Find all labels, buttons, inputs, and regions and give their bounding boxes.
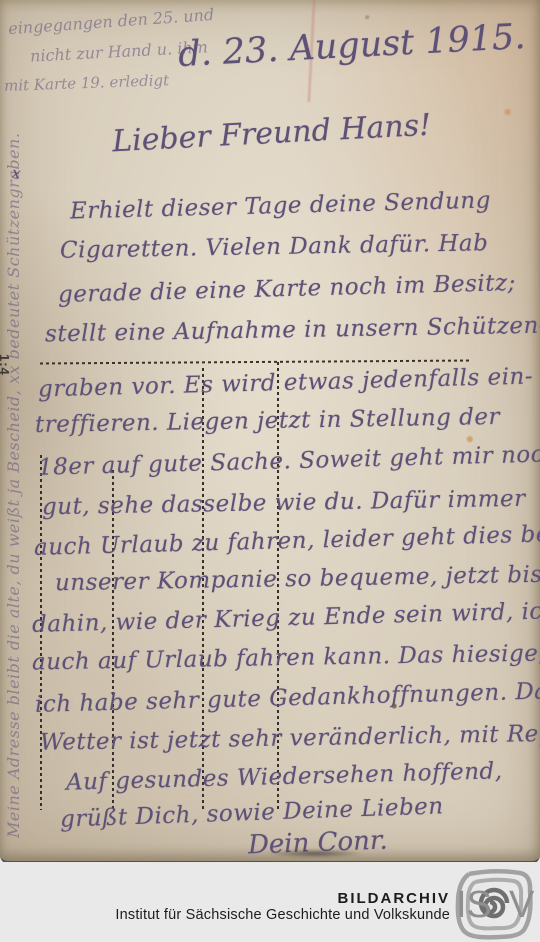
archive-label: BILDARCHIV	[115, 890, 450, 907]
handwriting-line: Wetter ist jetzt sehr veränderlich, mit …	[40, 720, 540, 756]
faded-note-line: mit Karte 19. erledigt	[4, 71, 170, 95]
handwriting-line: auch Urlaub zu fahren, leider geht dies …	[34, 521, 540, 561]
salutation-line: Lieber Freund Hans!	[111, 108, 432, 160]
logo-text-right: V	[509, 884, 535, 926]
handwriting-line: Cigaretten. Vielen Dank dafür. Hab	[60, 230, 489, 263]
handwriting-line: 18er auf gute Sache. Soweit geht mir noc…	[38, 441, 540, 481]
scan-viewer: eingegangen den 25. und nicht zur Hand u…	[0, 0, 540, 942]
isgv-logo-icon: IS V	[454, 868, 536, 940]
handwriting-line: gut, sehe dasselbe wie du. Dafür immer	[42, 486, 526, 520]
sketch-line-horizontal	[40, 359, 472, 364]
handwriting-line: treffieren. Liegen jetzt in Stellung der	[35, 404, 500, 438]
handwriting-line: Erhielt dieser Tage deine Sendung	[70, 187, 492, 224]
handwriting-line: ich habe sehr gute Gedankhoffnungen. Das	[35, 678, 540, 718]
faded-note-line: eingegangen den 25. und	[8, 5, 215, 38]
institute-name: Institut für Sächsische Geschichte und V…	[115, 907, 450, 924]
handwriting-line: stellt eine Aufnahme in unsern Schützen-	[45, 313, 540, 348]
handwriting-line: graben vor. Es wird etwas jedenfalls ein…	[38, 364, 534, 403]
date-line: d. 23. August 1915.	[177, 17, 526, 75]
margin-note-vertical: Meine Adresse bleibt die alte, du weißt …	[4, 178, 23, 838]
ink-smudge	[268, 849, 363, 858]
handwriting-line: auch auf Urlaub fahren kann. Das hiesige…	[32, 641, 540, 676]
handwriting-line: gerade die eine Karte noch im Besitz;	[58, 270, 516, 308]
handwriting-line: unserer Kompanie so bequeme, jetzt bis	[55, 562, 540, 597]
postcard-scan: eingegangen den 25. und nicht zur Hand u…	[0, 0, 540, 864]
logo-text-left: IS	[456, 884, 492, 926]
handwriting-line: dahin, wie der Krieg zu Ende sein wird, …	[32, 598, 540, 638]
archive-footer-band: BILDARCHIV Institut für Sächsische Gesch…	[0, 862, 540, 942]
sketch-line-vertical	[112, 470, 114, 812]
handwriting-line: Auf gesundes Wiedersehen hoffend,	[66, 758, 503, 795]
archive-footer-text: BILDARCHIV Institut für Sächsische Gesch…	[115, 890, 450, 924]
